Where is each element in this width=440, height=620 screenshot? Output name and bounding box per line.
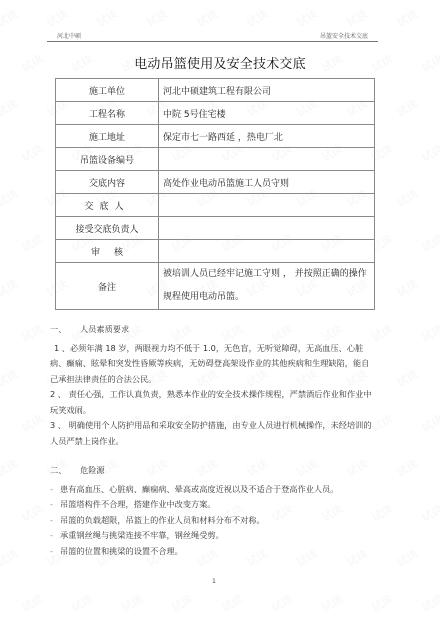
section-number: 一、: [50, 322, 80, 338]
hazard-item: -承重钢丝绳与挑梁连接不牢靠，钢丝绳受剪。: [50, 528, 375, 544]
table-row: 接受交底负责人: [56, 217, 375, 240]
section-number: 二、: [50, 463, 80, 479]
bullet-icon: -: [50, 513, 53, 529]
table-row: 施工单位 河北中硕建筑工程有限公司: [56, 79, 375, 102]
row-label: 备注: [56, 263, 159, 310]
row-value: [159, 194, 375, 217]
hazard-item: -患有高血压、心脏病、癫痫病、晕高或高度近视以及不适合于登高作业人员。: [50, 482, 375, 498]
requirement-paragraph: 2 、 责任心强，工作认真负责，熟悉本作业的安全技术操作规程，严禁酒后作业和作业…: [50, 387, 375, 418]
row-value: 被培训人员已经牢记施工守则 ， 并按照正确的操作规程使用电动吊篮。: [159, 263, 375, 310]
row-label: 交底人: [56, 194, 159, 217]
row-label: 吊篮设备编号: [56, 148, 159, 171]
bullet-icon: -: [50, 528, 53, 544]
row-label: 工程名称: [56, 102, 159, 125]
section-heading: 一、人员素质要求: [50, 322, 375, 338]
row-value: [159, 217, 375, 240]
briefing-info-table: 施工单位 河北中硕建筑工程有限公司 工程名称 中院 5号住宅楼 施工地址 保定市…: [55, 78, 375, 310]
document-title: 电动吊篮使用及安全技术交底: [0, 53, 440, 72]
header-divider: [47, 41, 378, 42]
section-title: 危险源: [80, 465, 105, 475]
header-doc-type: 吊篮安全技术交底: [320, 31, 368, 40]
hazard-item: -吊篮的位置和挑梁的设置不合理。: [50, 544, 375, 560]
row-label: 审核: [56, 240, 159, 263]
row-label: 施工单位: [56, 79, 159, 102]
section-hazard-sources: 二、危险源 -患有高血压、心脏病、癫痫病、晕高或高度近视以及不适合于登高作业人员…: [50, 463, 375, 559]
document-page: 河北中硕 吊篮安全技术交底 电动吊篮使用及安全技术交底 施工单位 河北中硕建筑工…: [0, 0, 440, 620]
table-row: 审核: [56, 240, 375, 263]
bullet-icon: -: [50, 544, 53, 560]
page-number: 1: [212, 578, 216, 585]
bullet-icon: -: [50, 482, 53, 498]
row-value: 保定市七一路西延 ，热电厂北: [159, 125, 375, 148]
row-value: 高处作业电动吊篮施工人员守则: [159, 171, 375, 194]
row-label: 交底内容: [56, 171, 159, 194]
section-personnel-requirements: 一、人员素质要求 1 、必须年满 18 岁，两眼视力均不低于 1.0，无色盲，无…: [50, 322, 375, 449]
requirement-paragraph: 3 、 明确使用个人防护用品和采取安全防护措施，由专业人员进行机械操作，未经培训…: [50, 418, 375, 449]
hazard-item: -吊篮的负载超限，吊篮上的作业人员和材料分布不对称。: [50, 513, 375, 529]
row-label: 接受交底负责人: [56, 217, 159, 240]
requirement-paragraph: 1 、必须年满 18 岁，两眼视力均不低于 1.0，无色盲，无听觉障碍，无高血压…: [50, 341, 375, 388]
table-row: 施工地址 保定市七一路西延 ，热电厂北: [56, 125, 375, 148]
row-value: 中院 5号住宅楼: [159, 102, 375, 125]
table-row: 交底内容 高处作业电动吊篮施工人员守则: [56, 171, 375, 194]
table-row: 备注 被培训人员已经牢记施工守则 ， 并按照正确的操作规程使用电动吊篮。: [56, 263, 375, 310]
table-row: 工程名称 中院 5号住宅楼: [56, 102, 375, 125]
header-company: 河北中硕: [57, 31, 81, 40]
table-row: 交底人: [56, 194, 375, 217]
row-value: 河北中硕建筑工程有限公司: [159, 79, 375, 102]
bullet-icon: -: [50, 497, 53, 513]
table-row: 吊篮设备编号: [56, 148, 375, 171]
section-title: 人员素质要求: [80, 324, 129, 334]
hazard-item: -吊篮塔构件不合理，搭建作业中改变方案。: [50, 497, 375, 513]
row-value: [159, 240, 375, 263]
row-value: [159, 148, 375, 171]
section-heading: 二、危险源: [50, 463, 375, 479]
row-label: 施工地址: [56, 125, 159, 148]
